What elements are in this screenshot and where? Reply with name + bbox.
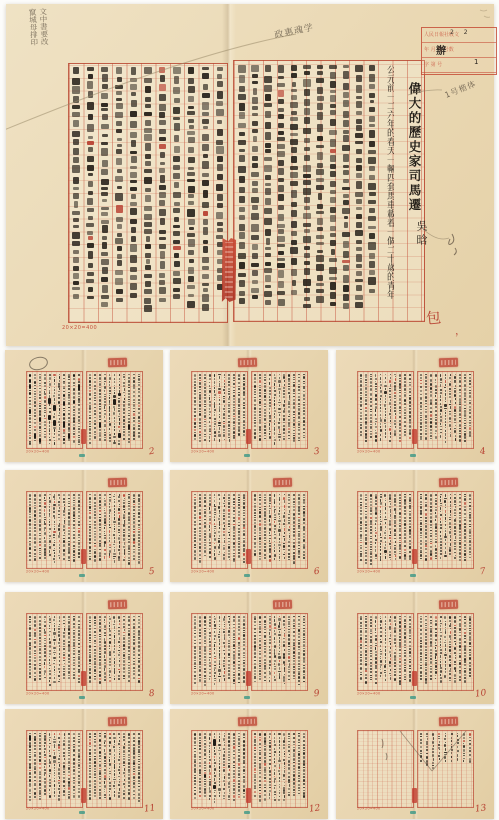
ink-stroke [114, 648, 116, 650]
text-column [454, 616, 456, 688]
ink-stroke [435, 414, 437, 416]
ink-stroke [63, 382, 65, 384]
ink-stroke [209, 632, 211, 634]
text-column [109, 494, 111, 566]
ink-stroke [39, 410, 40, 413]
ink-stroke [303, 432, 305, 434]
ink-stroke [73, 420, 75, 423]
ink-stroke [269, 745, 271, 748]
ink-stroke [99, 644, 101, 645]
ink-stroke [63, 421, 66, 427]
ink-stroke [104, 672, 106, 675]
ink-stroke [78, 508, 79, 510]
ink-stroke [409, 382, 411, 383]
ink-stroke [233, 546, 235, 549]
ink-stroke [113, 779, 115, 780]
ink-stroke [330, 110, 337, 115]
ink-stroke [130, 180, 137, 183]
ink-stroke [304, 261, 311, 264]
ink-stroke [425, 660, 427, 661]
ink-stroke [194, 761, 196, 763]
ink-stroke [360, 622, 362, 624]
ink-stroke [102, 74, 108, 82]
ink-stroke [89, 423, 91, 425]
ink-stroke [59, 412, 61, 413]
ink-stroke [284, 683, 286, 684]
ink-stroke [224, 637, 225, 640]
ink-stroke [283, 515, 285, 518]
manuscript-thumbnail[interactable]: 9 20×20=400 [170, 592, 328, 704]
ink-stroke [194, 415, 196, 417]
ink-stroke [399, 434, 401, 436]
manuscript-thumbnail[interactable]: 4 20×20=400 [336, 350, 494, 462]
ink-stroke [420, 746, 422, 749]
ink-stroke [420, 504, 421, 505]
ink-stroke [63, 438, 66, 441]
ink-stroke [360, 412, 362, 414]
ink-stroke [303, 657, 305, 659]
ink-stroke [78, 665, 80, 667]
ink-stroke [116, 91, 123, 95]
ink-stroke [159, 298, 167, 302]
ink-stroke [269, 664, 271, 665]
ink-stroke [131, 100, 137, 107]
ink-stroke [54, 764, 56, 766]
manuscript-thumbnail[interactable]: 5 20×20=400 [5, 470, 163, 582]
ink-stroke [114, 417, 116, 419]
ink-stroke [298, 406, 299, 407]
ink-stroke [39, 432, 41, 433]
ink-stroke [303, 625, 305, 627]
ink-stroke [68, 752, 70, 754]
manuscript-thumbnail[interactable]: 6 20×20=400 [170, 470, 328, 582]
ink-stroke [119, 384, 121, 386]
ink-stroke [343, 265, 349, 271]
ink-stroke [223, 748, 225, 750]
ink-stroke [380, 510, 381, 513]
ink-stroke [118, 410, 120, 412]
ink-stroke [109, 506, 111, 508]
manuscript-thumbnail[interactable]: 12 20×20=400 [170, 709, 328, 819]
ink-stroke [404, 652, 406, 654]
ink-stroke [243, 776, 245, 778]
ink-stroke [233, 431, 235, 434]
ink-stroke [469, 526, 471, 528]
ink-stroke [409, 408, 411, 410]
ink-stroke [274, 637, 276, 640]
ink-stroke [209, 651, 211, 652]
text-column [86, 67, 94, 319]
ink-stroke [49, 743, 51, 745]
ink-stroke [123, 616, 124, 617]
ink-stroke [293, 655, 295, 657]
ink-stroke [109, 397, 110, 399]
ink-stroke [99, 494, 101, 496]
folio-number: 7 [480, 567, 487, 578]
ink-stroke [78, 444, 80, 445]
ink-stroke [264, 624, 266, 625]
ink-stroke [223, 434, 225, 437]
ink-stroke [243, 668, 245, 671]
ink-stroke [284, 630, 285, 631]
ink-stroke [44, 540, 46, 543]
ink-stroke [187, 233, 195, 237]
ink-stroke [455, 643, 456, 645]
folio-number: 2 [149, 447, 156, 458]
text-column [469, 494, 471, 566]
ink-stroke [420, 637, 422, 639]
ink-stroke [138, 733, 140, 735]
ink-stroke [128, 380, 130, 382]
ink-stroke [454, 620, 456, 623]
ink-stroke [89, 398, 91, 401]
ink-stroke [68, 402, 69, 405]
ink-stroke [104, 772, 106, 774]
ink-stroke [274, 733, 276, 735]
ink-stroke [380, 407, 382, 409]
ink-stroke [409, 415, 411, 418]
thumb-right-grid [417, 613, 474, 691]
ink-stroke [63, 525, 65, 527]
ink-stroke [94, 773, 95, 776]
ink-stroke [133, 434, 135, 437]
ink-stroke [73, 520, 75, 521]
ink-stroke [202, 266, 208, 270]
ink-stroke [469, 557, 470, 558]
ink-stroke [288, 631, 290, 632]
ink-stroke [385, 646, 387, 648]
ink-stroke [317, 204, 323, 209]
thumb-right-grid [251, 371, 308, 449]
ink-stroke [214, 528, 216, 529]
ink-stroke [445, 524, 447, 527]
ink-stroke [420, 658, 422, 661]
ink-stroke [435, 545, 437, 547]
text-column [63, 374, 65, 446]
ink-stroke [59, 405, 60, 407]
ink-stroke [89, 538, 91, 541]
text-column [133, 733, 135, 805]
ink-stroke [138, 761, 140, 763]
ink-stroke [199, 762, 201, 765]
ink-stroke [292, 82, 297, 87]
ink-stroke [279, 790, 280, 791]
text-column [144, 67, 152, 319]
ink-stroke [298, 386, 300, 388]
ink-stroke [360, 510, 362, 512]
ink-stroke [104, 515, 106, 517]
ink-stroke [284, 509, 286, 510]
ink-stroke [58, 737, 60, 739]
ink-stroke [214, 519, 216, 521]
ink-stroke [365, 661, 367, 662]
text-column [399, 374, 401, 446]
ink-stroke [464, 498, 466, 501]
ink-stroke [389, 394, 391, 395]
ink-stroke [219, 666, 220, 668]
ink-stroke [395, 649, 396, 650]
ink-stroke [380, 669, 382, 671]
ink-stroke [133, 623, 135, 625]
ink-stroke [54, 778, 56, 779]
ink-stroke [455, 435, 456, 437]
manuscript-thumbnail[interactable]: 13 20×20=400 [336, 709, 494, 819]
ink-stroke [293, 623, 294, 625]
ink-stroke [224, 645, 226, 648]
ink-stroke [385, 530, 386, 531]
manuscript-thumbnail[interactable]: 2 20×20=400 [5, 350, 163, 462]
ink-stroke [303, 747, 304, 749]
ink-stroke [73, 96, 80, 102]
ink-stroke [204, 779, 205, 781]
ink-stroke [425, 502, 427, 504]
ink-stroke [356, 165, 362, 170]
ink-stroke [259, 733, 261, 736]
ink-stroke [464, 553, 465, 555]
ink-stroke [298, 753, 300, 756]
ink-stroke [138, 500, 140, 501]
ink-stroke [218, 531, 220, 533]
ink-stroke [204, 419, 205, 420]
ink-stroke [49, 554, 51, 556]
ink-stroke [243, 558, 245, 560]
ink-stroke [233, 542, 235, 545]
ink-stroke [269, 797, 270, 799]
ink-stroke [459, 377, 460, 380]
ink-stroke [130, 151, 137, 154]
ink-stroke [109, 763, 111, 766]
ink-stroke [199, 795, 201, 797]
ink-stroke [209, 374, 211, 377]
ink-stroke [233, 494, 235, 496]
ink-stroke [133, 733, 135, 735]
thumb-text-area [357, 491, 474, 567]
ink-stroke [204, 781, 205, 783]
ink-stroke [94, 524, 96, 526]
ink-stroke [128, 747, 129, 749]
ink-stroke [390, 514, 391, 517]
ink-stroke [259, 537, 261, 540]
ink-stroke [469, 516, 470, 518]
ink-stroke [34, 518, 35, 520]
ink-stroke [204, 500, 206, 503]
ink-stroke [269, 642, 271, 644]
ink-stroke [194, 384, 196, 385]
margin-note-top-left: 文中書要改 竄城母排印 [28, 8, 49, 69]
ink-stroke [204, 397, 206, 399]
ink-stroke [223, 767, 225, 768]
ink-stroke [469, 377, 471, 379]
ink-stroke [133, 551, 135, 553]
ink-stroke [133, 402, 135, 403]
ink-stroke [44, 412, 46, 413]
ink-stroke [99, 789, 101, 791]
ink-stroke [420, 390, 422, 393]
ink-stroke [243, 652, 244, 654]
ink-stroke [298, 519, 300, 522]
ink-stroke [34, 752, 35, 754]
ink-stroke [254, 436, 256, 439]
ink-stroke [63, 498, 65, 500]
ink-stroke [370, 431, 372, 433]
manuscript-thumbnail[interactable]: 7 20×20=400 [336, 470, 494, 582]
ink-stroke [264, 103, 272, 106]
text-column [218, 494, 220, 566]
text-column [438, 733, 440, 805]
ink-stroke [288, 646, 290, 647]
ink-stroke [34, 426, 36, 428]
ink-stroke [265, 175, 272, 180]
ink-stroke [109, 413, 111, 416]
ink-stroke [73, 412, 74, 413]
ink-stroke [360, 521, 362, 524]
ink-stroke [316, 235, 324, 239]
ink-stroke [39, 738, 41, 741]
ink-stroke [293, 513, 295, 516]
ink-stroke [58, 782, 60, 783]
ink-stroke [78, 441, 80, 443]
ink-stroke [457, 739, 459, 741]
ink-stroke [444, 500, 446, 503]
text-column [243, 733, 245, 805]
ink-stroke [99, 755, 100, 757]
ink-stroke [254, 616, 256, 618]
manuscript-spread[interactable]: 公元前一二六年的春天一輛四套馬車載着一個二十歲的青年 偉大的歷史家司馬遷 吳晗 … [6, 4, 494, 346]
ink-stroke [375, 523, 376, 525]
ink-stroke [293, 758, 295, 761]
ink-stroke [78, 534, 80, 535]
ink-stroke [389, 402, 391, 405]
ink-stroke [109, 395, 111, 397]
ink-stroke [269, 503, 271, 504]
manuscript-thumbnail[interactable]: 10 20×20=400 [336, 592, 494, 704]
ink-stroke [204, 525, 206, 528]
ink-stroke [58, 626, 60, 628]
ink-stroke [49, 634, 51, 637]
ink-stroke [356, 101, 362, 108]
thumb-right-grid [417, 491, 474, 569]
ink-stroke [303, 522, 305, 525]
ink-stroke [223, 618, 225, 620]
ink-stroke [298, 666, 299, 667]
ink-stroke [63, 494, 65, 496]
ink-stroke [435, 402, 437, 405]
ink-stroke [404, 429, 406, 430]
ink-stroke [88, 136, 93, 139]
ink-stroke [303, 404, 305, 406]
ink-stroke [228, 640, 230, 643]
ink-stroke [435, 639, 437, 642]
ink-stroke [29, 742, 31, 744]
manuscript-thumbnail[interactable]: 8 20×20=400 [5, 592, 163, 704]
manuscript-thumbnail[interactable]: 3 20×20=400 [170, 350, 328, 462]
text-column [173, 67, 181, 319]
ink-stroke [89, 794, 91, 796]
ink-stroke [303, 554, 305, 556]
ink-stroke [365, 430, 367, 432]
ink-stroke [304, 229, 310, 233]
thumb-left-grid [191, 730, 248, 808]
ink-stroke [217, 203, 223, 208]
ink-stroke [209, 414, 211, 416]
ink-stroke [289, 539, 290, 540]
ink-stroke [469, 758, 471, 760]
ink-stroke [356, 214, 362, 219]
ink-stroke [298, 412, 299, 415]
ink-stroke [449, 677, 451, 679]
ink-stroke [159, 168, 165, 173]
ink-stroke [73, 187, 79, 191]
ink-stroke [360, 667, 361, 670]
ink-stroke [94, 381, 95, 383]
ink-stroke [404, 530, 406, 532]
ink-stroke [445, 514, 447, 515]
ink-stroke [385, 642, 387, 645]
ink-stroke [59, 380, 61, 382]
ink-stroke [440, 680, 442, 683]
ink-stroke [133, 380, 135, 383]
text-column [228, 494, 230, 566]
ink-stroke [39, 528, 40, 531]
ink-stroke [117, 144, 122, 147]
ink-stroke [432, 751, 434, 753]
ink-stroke [342, 145, 349, 150]
ink-stroke [360, 625, 362, 627]
ink-stroke [118, 512, 120, 514]
ink-stroke [119, 645, 120, 647]
text-column [409, 494, 411, 566]
ink-stroke [435, 436, 437, 439]
ink-stroke [389, 641, 391, 642]
ink-stroke [399, 553, 401, 554]
ink-stroke [133, 670, 135, 672]
ink-stroke [278, 402, 280, 403]
ink-stroke [223, 780, 225, 782]
ink-stroke [133, 633, 134, 634]
text-column [228, 733, 230, 805]
ink-stroke [53, 515, 55, 517]
ink-stroke [89, 797, 91, 799]
ink-stroke [238, 494, 240, 496]
ink-stroke [159, 209, 165, 216]
ink-stroke [72, 112, 80, 117]
ink-stroke [73, 762, 75, 765]
ink-stroke [274, 428, 275, 430]
ink-stroke [365, 424, 367, 425]
text-column [454, 374, 456, 446]
ink-stroke [78, 528, 80, 529]
ink-stroke [440, 416, 442, 419]
ink-stroke [259, 616, 261, 619]
ink-stroke [269, 543, 271, 544]
ink-stroke [194, 653, 196, 655]
text-column [375, 494, 377, 566]
ink-stroke [73, 374, 76, 377]
ink-stroke [89, 634, 90, 636]
ink-stroke [174, 98, 180, 103]
ink-stroke [53, 739, 55, 740]
ink-stroke [420, 760, 421, 763]
thumb-paper-size-mark: 20×20=400 [191, 692, 214, 696]
text-column [89, 616, 91, 688]
ink-stroke [330, 164, 337, 168]
ink-stroke [34, 553, 36, 555]
ink-stroke [99, 533, 101, 535]
ink-stroke [104, 434, 106, 436]
manuscript-thumbnail[interactable]: 11 20×20=400 [5, 709, 163, 819]
ink-stroke [440, 649, 442, 651]
ink-stroke [109, 387, 111, 389]
